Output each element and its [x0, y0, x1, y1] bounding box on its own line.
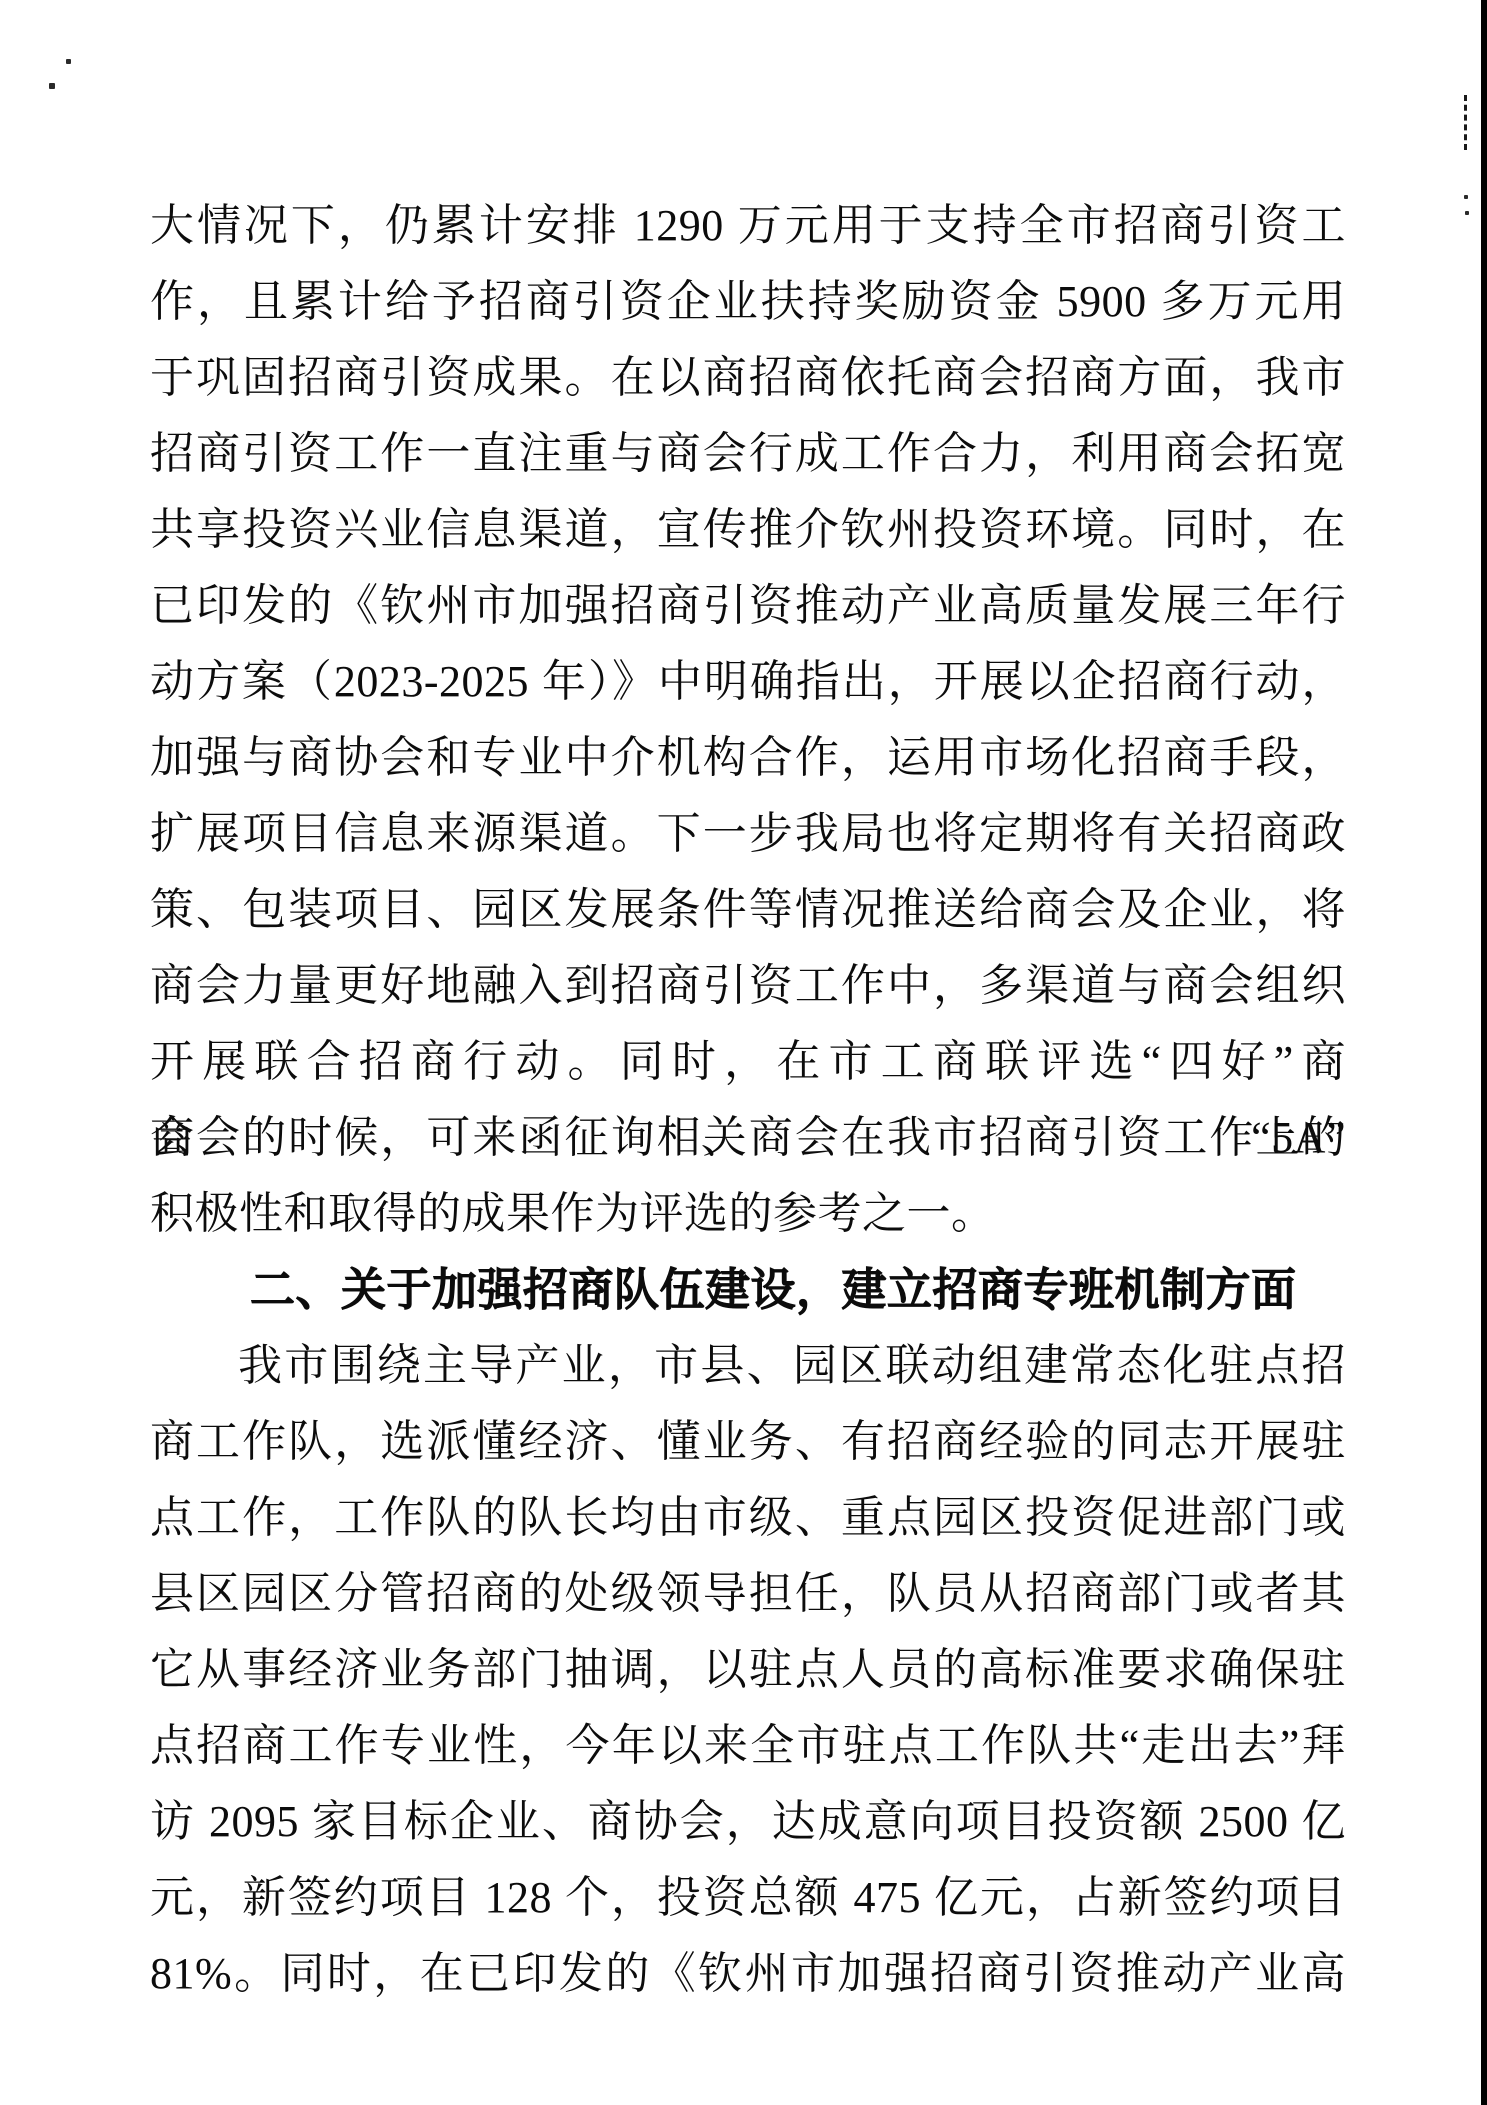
text-line-13: 商会的时候，可来函征询相关商会在我市招商引资工作上的	[150, 1100, 1346, 1176]
text-line-18: 点工作，工作队的队长均由市级、重点园区投资促进部门或	[150, 1480, 1346, 1556]
text-line-19: 县区园区分管招商的处级领导担任，队员从招商部门或者其	[150, 1556, 1346, 1632]
text-line-20: 它从事经济业务部门抽调，以驻点人员的高标准要求确保驻	[150, 1632, 1346, 1708]
text-line-6: 已印发的《钦州市加强招商引资推动产业高质量发展三年行	[150, 568, 1346, 644]
section-heading: 二、关于加强招商队伍建设，建立招商专班机制方面	[150, 1252, 1346, 1328]
text-line-22: 访 2095 家目标企业、商协会，达成意向项目投资额 2500 亿	[150, 1784, 1346, 1860]
text-line-8: 加强与商协会和专业中介机构合作，运用市场化招商手段，	[150, 720, 1346, 796]
scan-speck	[49, 83, 55, 89]
scan-dashed-mark	[1464, 95, 1467, 150]
scan-speck	[1464, 195, 1468, 199]
text-line-3: 于巩固招商引资成果。在以商招商依托商会招商方面，我市	[150, 340, 1346, 416]
text-line-23: 元，新签约项目 128 个，投资总额 475 亿元，占新签约项目	[150, 1860, 1346, 1936]
text-line-2: 作，且累计给予招商引资企业扶持奖励资金 5900 多万元用	[150, 264, 1346, 340]
text-line-16: 我市围绕主导产业，市县、园区联动组建常态化驻点招	[150, 1328, 1346, 1404]
scan-speck	[66, 59, 71, 64]
text-line-14: 积极性和取得的成果作为评选的参考之一。	[150, 1176, 1346, 1252]
text-line-9: 扩展项目信息来源渠道。下一步我局也将定期将有关招商政	[150, 796, 1346, 872]
text-line-10: 策、包装项目、园区发展条件等情况推送给商会及企业，将	[150, 872, 1346, 948]
text-line-17: 商工作队，选派懂经济、懂业务、有招商经验的同志开展驻	[150, 1404, 1346, 1480]
text-line-4: 招商引资工作一直注重与商会行成工作合力，利用商会拓宽	[150, 416, 1346, 492]
text-line-21: 点招商工作专业性，今年以来全市驻点工作队共“走出去”拜	[150, 1708, 1346, 1784]
text-line-24: 81%。同时，在已印发的《钦州市加强招商引资推动产业高	[150, 1936, 1346, 2012]
scanned-document-page: { "page": { "background_color": "#ffffff…	[0, 0, 1487, 2105]
text-line-5: 共享投资兴业信息渠道，宣传推介钦州投资环境。同时，在	[150, 492, 1346, 568]
text-line-7: 动方案（2023-2025 年）》中明确指出，开展以企招商行动，	[150, 644, 1346, 720]
text-line-12: 开展联合招商行动。同时，在市工商联评选“四好”商会、“5A”	[150, 1024, 1346, 1100]
text-line-1: 大情况下，仍累计安排 1290 万元用于支持全市招商引资工	[150, 188, 1346, 264]
scan-speck	[1465, 211, 1469, 215]
scan-edge-strip	[1481, 0, 1487, 2105]
document-body: 大情况下，仍累计安排 1290 万元用于支持全市招商引资工作，且累计给予招商引资…	[150, 188, 1346, 2012]
text-line-11: 商会力量更好地融入到招商引资工作中，多渠道与商会组织	[150, 948, 1346, 1024]
